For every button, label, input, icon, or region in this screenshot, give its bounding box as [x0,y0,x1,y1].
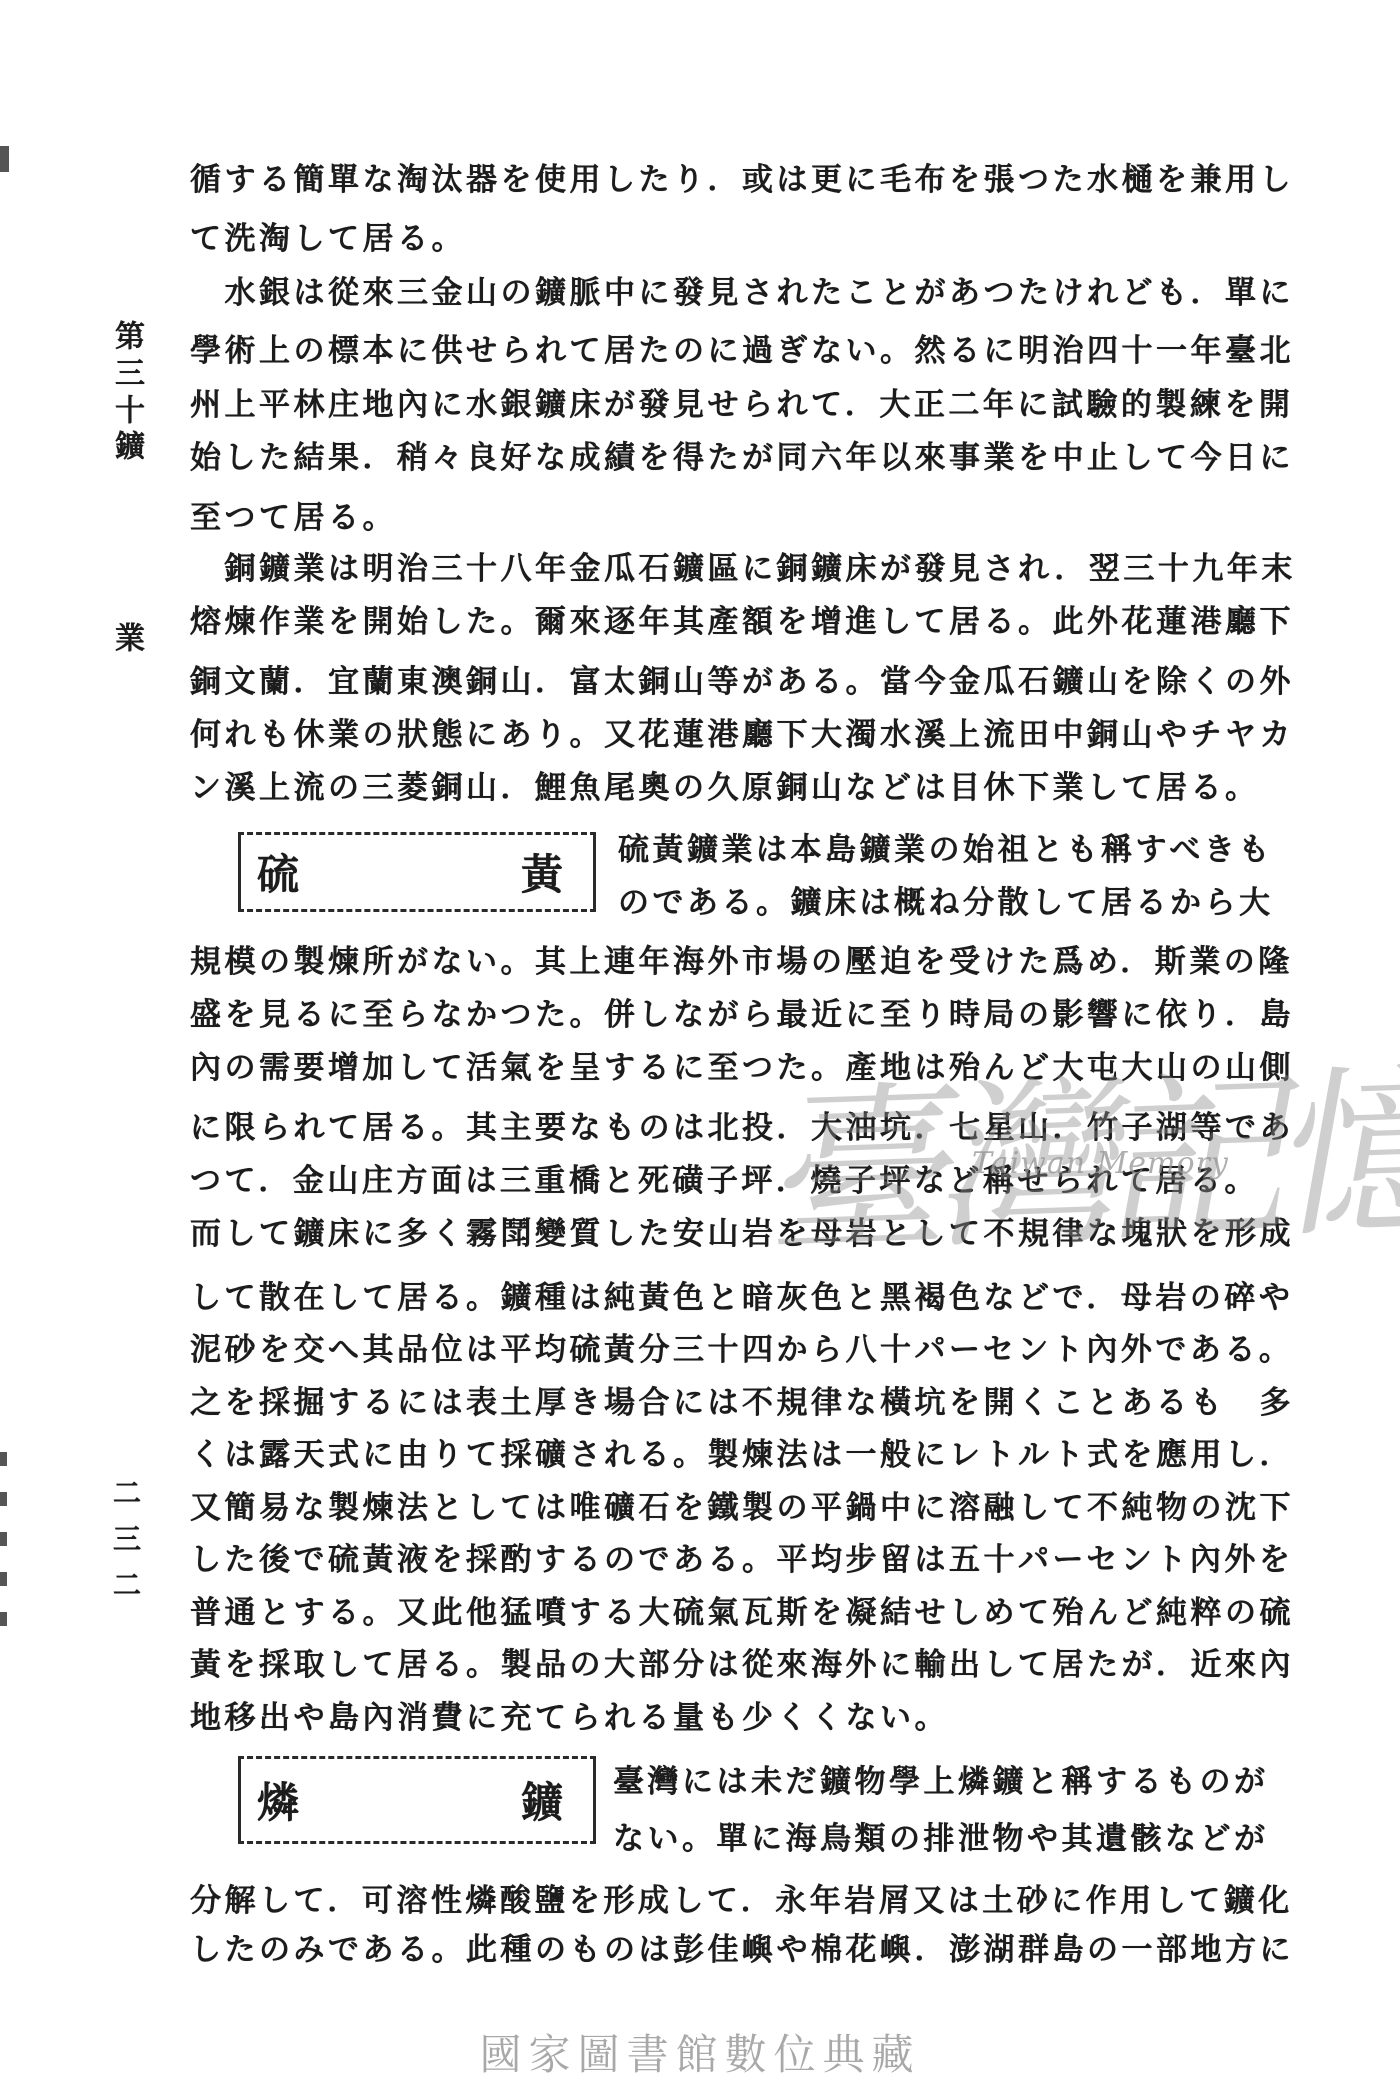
section-heading-char: 黃 [521,842,563,902]
margin-subject-label-first: 鑛 [104,430,148,467]
scan-artifact [0,1492,7,1506]
body-text-line: くは露天式に由りて採礦される。製煉法は一般にレトルト式を應用し． [190,1438,1294,1472]
section-heading-char: 鑛 [521,1770,563,1830]
side-text-line: 硫黃鑛業は本島鑛業の始祖とも稱すべきも [618,833,1273,867]
body-text-line: 規模の製煉所がない。其上連年海外市場の壓迫を受けた爲め．斯業の隆 [190,945,1293,979]
body-text-line: 內の需要增加して活氣を呈するに至つた。產地は殆んど大屯大山の山側 [190,1051,1294,1085]
side-text-line: 臺灣には未だ鑛物學上燐鑛と稱するものが [613,1765,1269,1799]
side-text-line: のである。鑛床は概ね分散して居るから大 [618,886,1274,920]
side-text-line: ない。單に海鳥類の排泄物や其遺骸などが [613,1822,1269,1856]
body-text-line: 水銀は從來三金山の鑛脈中に發見されたことがあつたけれども．單に [190,276,1294,310]
scan-artifact [0,1572,7,1586]
body-text-line: て洗淘して居る。 [190,222,466,256]
body-text-line: 循する簡單な淘汰器を使用したり．或は更に毛布を張つた水樋を兼用し [190,163,1294,197]
body-text-line: して散在して居る。鑛種は純黃色と暗灰色と黑褐色などで．母岩の碎や [190,1281,1293,1315]
section-heading-char: 燐 [257,1770,299,1830]
body-text-line: 分解して．可溶性燐酸鹽を形成して．永年岩屑又は土砂に作用して鑛化 [190,1884,1293,1918]
scanned-book-page: 第三十 鑛 業 二三二 循する簡單な淘汰器を使用したり．或は更に毛布を張つた水樋… [0,0,1400,2100]
body-text-line: 又簡易な製煉法としては唯礦石を鐵製の平鍋中に溶融して不純物の沈下 [190,1491,1294,1525]
body-text-line: 而して鑛床に多く霧鬦變質した安山岩を母岩として不規律な塊狀を形成 [190,1217,1294,1251]
body-text-line: 銅鑛業は明治三十八年金瓜石鑛區に銅鑛床が發見され．翌三十九年末 [190,552,1296,586]
body-text-line: 普通とする。又此他猛噴する大硫氣瓦斯を凝結せしめて殆んど純粹の硫 [190,1596,1294,1630]
body-text-line: に限られて居る。其主要なものは北投．大油坑．七星山．竹子湖等であ [190,1111,1294,1145]
body-text-line: 至つて居る。 [190,501,397,535]
scan-artifact [0,1452,7,1466]
section-heading-box-sulfur: 硫 黃 [238,832,596,912]
body-text-line: 始した結果．稍々良好な成績を得たが同六年以來事業を中止して今日に [190,441,1294,475]
body-text-line: 何れも休業の狀態にあり。又花蓮港廳下大濁水溪上流田中銅山やチヤカ [190,718,1294,752]
scan-artifact [0,1612,7,1626]
national-library-watermark: 國家圖書館數位典藏 [0,2022,1400,2082]
body-text-line: 黃を採取して居る。製品の大部分は從來海外に輸出して居たが．近來內 [190,1648,1294,1682]
section-heading-box-phosphate: 燐 鑛 [238,1756,596,1844]
body-text-line: 盛を見るに至らなかつた。併しながら最近に至り時局の影響に依り．島 [190,998,1294,1032]
scan-artifact [0,146,9,172]
body-text-line: したのみである。此種のものは彭佳嶼や棉花嶼．澎湖群島の一部地方に [190,1933,1294,1967]
body-text-line: ン溪上流の三菱銅山．鯉魚尾奧の久原銅山などは目休下業して居る。 [190,771,1260,805]
body-text-line: した後で硫黃液を採酌するのである。平均步留は五十パーセント內外を [190,1543,1293,1577]
body-text-line: つて．金山庄方面は三重橋と死磺子坪．燒子坪など稱せられて居る。 [190,1164,1259,1198]
margin-subject-label-second: 業 [104,622,148,659]
body-text-line: 熔煉作業を開始した。爾來逐年其產額を增進して居る。此外花蓮港廳下 [190,605,1294,639]
body-text-line: 學術上の標本に供せられて居たのに過ぎない。然るに明治四十一年臺北 [190,334,1294,368]
body-text-line: 州上平林庄地內に水銀鑛床が發見せられて．大正二年に試驗的製練を開 [190,388,1293,422]
body-text-line: 泥砂を交へ其品位は平均硫黃分三十四から八十パーセント內外である。 [190,1333,1293,1367]
body-text-line: 銅文蘭．宜蘭東澳銅山．富太銅山等がある。當今金瓜石鑛山を除くの外 [190,665,1294,699]
body-text-line: 地移出や島內消費に充てられる量も少くくない。 [190,1701,949,1735]
section-heading-char: 硫 [257,842,299,902]
page-number: 二三二 [104,1478,144,1616]
body-text-line: 之を採掘するには表土厚き場合には不規律な橫坑を開くことあるも 多 [190,1386,1294,1420]
scan-artifact [0,1532,7,1546]
margin-chapter-label: 第三十 [104,320,148,431]
